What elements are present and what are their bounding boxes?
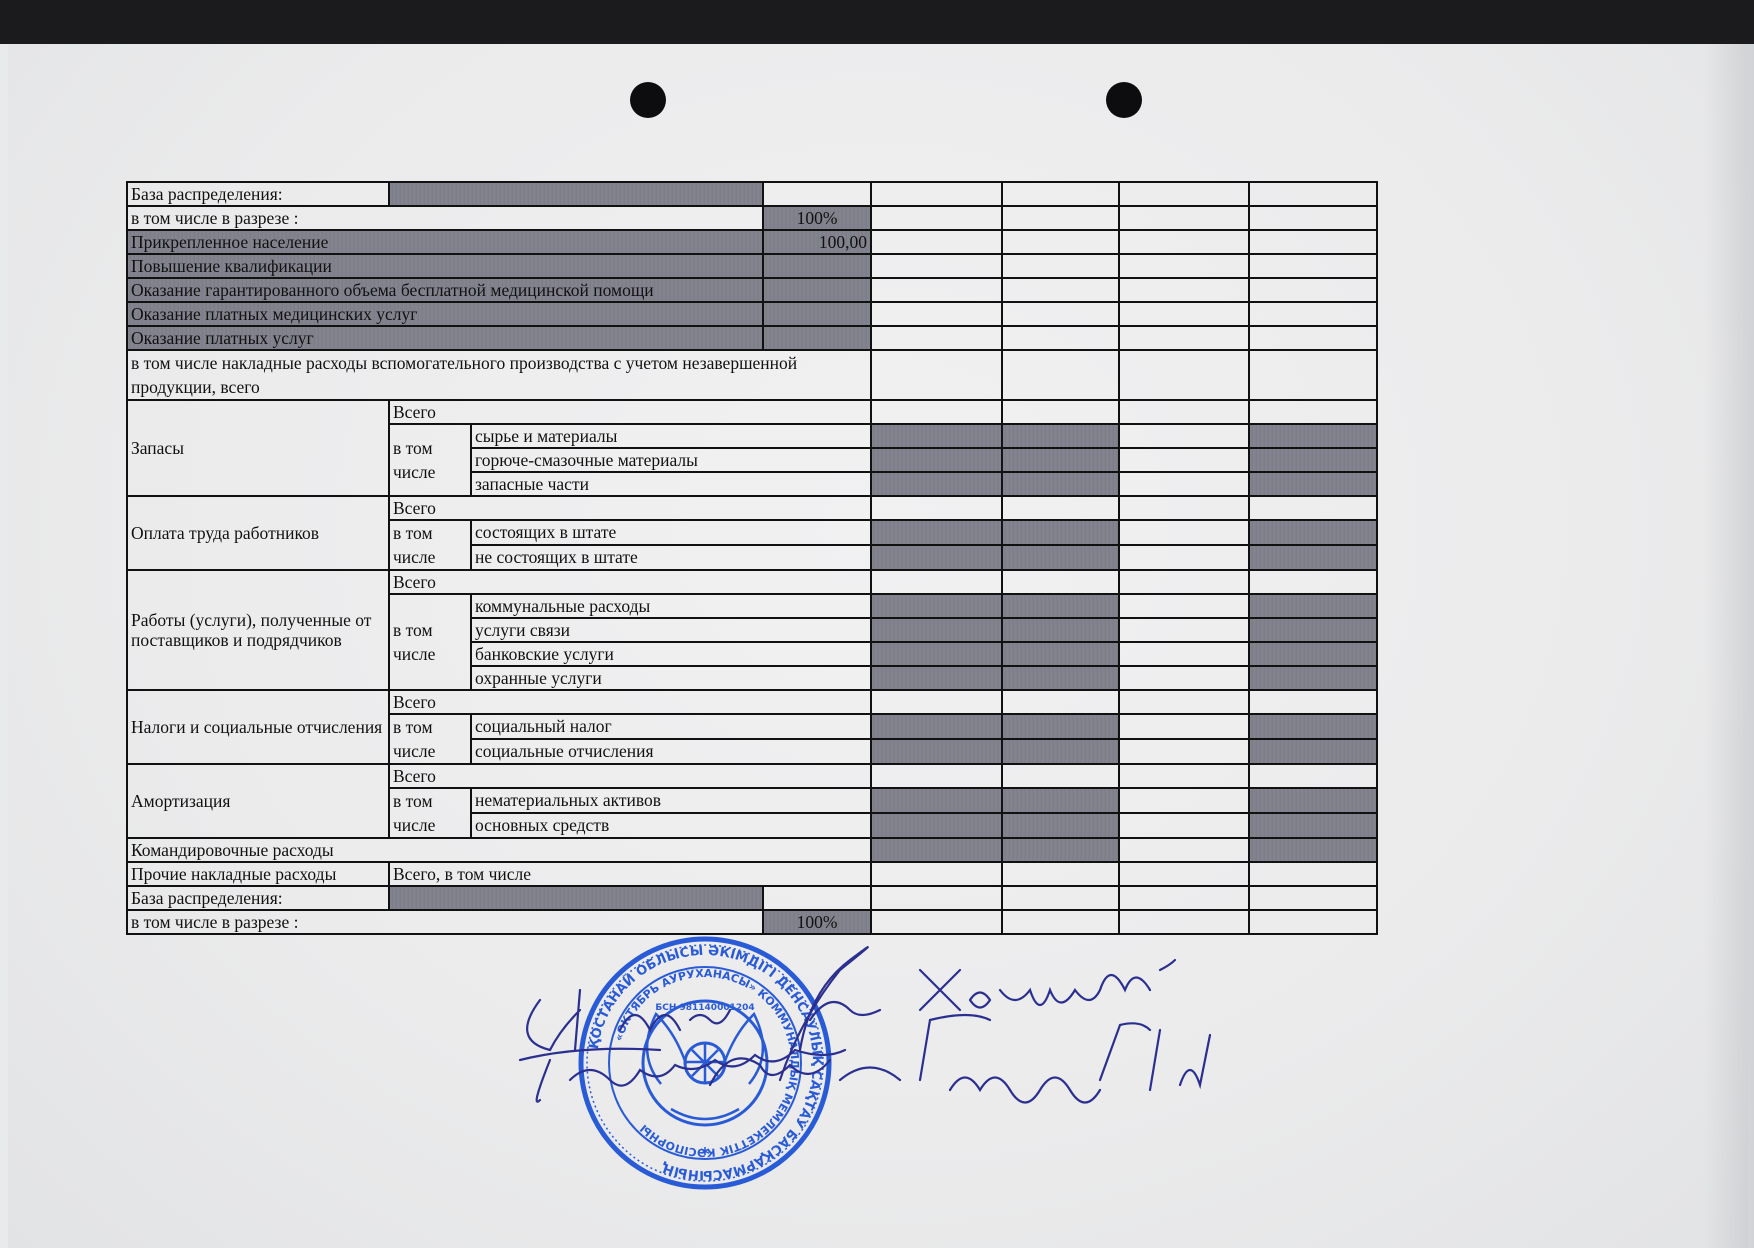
value-cell[interactable]: [1119, 594, 1249, 618]
table-row: ЗапасыВсего: [127, 400, 1377, 424]
allocation-item-label: Оказание платных медицинских услуг: [127, 302, 763, 326]
allocation-item-value[interactable]: [763, 302, 871, 326]
value-cell[interactable]: [1249, 642, 1377, 666]
value-cell[interactable]: [1002, 642, 1119, 666]
group-name: Запасы: [127, 400, 389, 496]
value-cell[interactable]: [1119, 886, 1249, 910]
allocation-item-value[interactable]: 100,00: [763, 230, 871, 254]
overhead-total-label: в том числе накладные расходы вспомогате…: [127, 350, 871, 400]
group-total-label: Всего: [389, 570, 871, 594]
breakdown-value: 100%: [763, 206, 871, 230]
value-cell[interactable]: [1119, 862, 1249, 886]
breakdown-label: в том числе в разрезе :: [127, 206, 763, 230]
base-shaded-cell-bottom: [389, 886, 763, 910]
value-cell[interactable]: [1249, 182, 1377, 206]
group-total-label: Всего: [389, 496, 871, 520]
table-row: Оказание платных услуг: [127, 326, 1377, 350]
other-overhead-label: Прочие накладные расходы: [127, 862, 389, 886]
allocation-item-label: Повышение квалификации: [127, 254, 763, 278]
subitem-label: социальный налог: [471, 714, 871, 739]
page-edge-shadow: [1704, 44, 1754, 1248]
value-cell[interactable]: [1249, 862, 1377, 886]
value-cell[interactable]: [1119, 182, 1249, 206]
group-total-label: Всего: [389, 400, 871, 424]
overhead-allocation-table: База распределения:в том числе в разрезе…: [126, 181, 1378, 935]
value-cell[interactable]: [1249, 350, 1377, 400]
value-cell[interactable]: [871, 764, 1002, 788]
value-cell[interactable]: [1119, 813, 1249, 838]
svg-text:*: *: [700, 1144, 710, 1165]
value-cell[interactable]: [1002, 838, 1119, 862]
base-label: База распределения:: [127, 182, 389, 206]
value-cell[interactable]: [1119, 400, 1249, 424]
value-cell[interactable]: [871, 206, 1002, 230]
travel-expenses-label: Командировочные расходы: [127, 838, 871, 862]
value-cell[interactable]: [1249, 326, 1377, 350]
value-cell[interactable]: [871, 594, 1002, 618]
table-row: База распределения:: [127, 886, 1377, 910]
value-cell[interactable]: [1249, 206, 1377, 230]
base-label-bottom: База распределения:: [127, 886, 389, 910]
value-cell[interactable]: [1119, 206, 1249, 230]
value-cell[interactable]: [871, 739, 1002, 764]
table-row: АмортизацияВсего: [127, 764, 1377, 788]
value-cell[interactable]: [1119, 230, 1249, 254]
value-cell[interactable]: [1119, 520, 1249, 545]
value-cell[interactable]: [1002, 230, 1119, 254]
value-cell[interactable]: [1002, 350, 1119, 400]
value-cell[interactable]: [1002, 594, 1119, 618]
group-name: Оплата труда работников: [127, 496, 389, 570]
value-cell[interactable]: [871, 520, 1002, 545]
value-cell[interactable]: [871, 326, 1002, 350]
subitem-label: банковские услуги: [471, 642, 871, 666]
value-cell[interactable]: [1249, 472, 1377, 496]
punch-hole-left: [630, 82, 666, 118]
value-cell[interactable]: [871, 496, 1002, 520]
value-cell[interactable]: [1119, 350, 1249, 400]
table-row: Оказание платных медицинских услуг: [127, 302, 1377, 326]
value-cell[interactable]: [1119, 496, 1249, 520]
value-cell[interactable]: [871, 862, 1002, 886]
value-cell[interactable]: [1249, 788, 1377, 813]
subitem-label: социальные отчисления: [471, 739, 871, 764]
value-cell[interactable]: [871, 278, 1002, 302]
value-cell[interactable]: [1249, 278, 1377, 302]
table-row: Налоги и социальные отчисленияВсего: [127, 690, 1377, 714]
value-cell[interactable]: [871, 350, 1002, 400]
value-cell[interactable]: [1249, 545, 1377, 570]
value-cell[interactable]: [1002, 472, 1119, 496]
value-cell[interactable]: [871, 690, 1002, 714]
value-cell[interactable]: [1002, 714, 1119, 739]
value-cell[interactable]: [1119, 424, 1249, 448]
value-cell[interactable]: [1249, 302, 1377, 326]
value-cell[interactable]: [871, 230, 1002, 254]
value-cell[interactable]: [1119, 618, 1249, 642]
table-row: Оказание гарантированного объема бесплат…: [127, 278, 1377, 302]
group-total-label: Всего: [389, 764, 871, 788]
table-row: Прикрепленное население100,00: [127, 230, 1377, 254]
value-cell[interactable]: [1002, 254, 1119, 278]
allocation-item-value[interactable]: [763, 326, 871, 350]
value-cell[interactable]: [1249, 496, 1377, 520]
value-cell[interactable]: [1249, 520, 1377, 545]
value-cell[interactable]: [871, 254, 1002, 278]
value-cell[interactable]: [1249, 739, 1377, 764]
value-cell[interactable]: [1119, 714, 1249, 739]
value-cell[interactable]: [871, 886, 1002, 910]
value-cell[interactable]: [1002, 570, 1119, 594]
value-cell[interactable]: [1249, 813, 1377, 838]
value-cell[interactable]: [1002, 764, 1119, 788]
value-cell[interactable]: [871, 813, 1002, 838]
allocation-item-label: Оказание гарантированного объема бесплат…: [127, 278, 763, 302]
subitem-label: горюче-смазочные материалы: [471, 448, 871, 472]
value-cell[interactable]: [1119, 254, 1249, 278]
value-cell[interactable]: [1002, 666, 1119, 690]
group-total-label: Всего: [389, 690, 871, 714]
subitem-label: охранные услуги: [471, 666, 871, 690]
value-cell[interactable]: [871, 424, 1002, 448]
value-cell[interactable]: [1002, 545, 1119, 570]
table-row: в том числе накладные расходы вспомогате…: [127, 350, 1377, 400]
value-cell[interactable]: [871, 545, 1002, 570]
value-cell[interactable]: [1249, 714, 1377, 739]
including-label: в том числе: [389, 594, 471, 690]
table-row: База распределения:: [127, 182, 1377, 206]
value-cell[interactable]: [1002, 886, 1119, 910]
value-cell[interactable]: [1249, 230, 1377, 254]
value-cell[interactable]: [1002, 862, 1119, 886]
value-cell[interactable]: [1002, 302, 1119, 326]
value-cell[interactable]: [871, 618, 1002, 642]
group-name: Работы (услуги), полученные от поставщик…: [127, 570, 389, 690]
value-cell[interactable]: [1249, 886, 1377, 910]
value-cell[interactable]: [763, 182, 871, 206]
value-cell[interactable]: [1249, 448, 1377, 472]
subitem-label: состоящих в штате: [471, 520, 871, 545]
value-cell[interactable]: [1002, 326, 1119, 350]
including-label: в том числе: [389, 714, 471, 764]
table-row: Повышение квалификации: [127, 254, 1377, 278]
value-cell[interactable]: [871, 714, 1002, 739]
value-cell[interactable]: [1119, 838, 1249, 862]
subitem-label: не состоящих в штате: [471, 545, 871, 570]
scanner-top-border: [0, 0, 1754, 44]
value-cell[interactable]: [871, 400, 1002, 424]
table-row: в том числе в разрезе :100%: [127, 206, 1377, 230]
value-cell[interactable]: [1002, 788, 1119, 813]
value-cell[interactable]: [1249, 570, 1377, 594]
other-overhead-total-label: Всего, в том числе: [389, 862, 871, 886]
subitem-label: коммунальные расходы: [471, 594, 871, 618]
value-cell[interactable]: [871, 666, 1002, 690]
including-label: в том числе: [389, 424, 471, 496]
value-cell[interactable]: [1249, 666, 1377, 690]
value-cell[interactable]: [1119, 666, 1249, 690]
allocation-item-label: Прикрепленное население: [127, 230, 763, 254]
table-row: Прочие накладные расходыВсего, в том чис…: [127, 862, 1377, 886]
value-cell[interactable]: [1119, 302, 1249, 326]
value-cell[interactable]: [1119, 642, 1249, 666]
value-cell[interactable]: [871, 570, 1002, 594]
value-cell[interactable]: [871, 182, 1002, 206]
value-cell[interactable]: [1119, 739, 1249, 764]
value-cell[interactable]: [1119, 764, 1249, 788]
value-cell[interactable]: [871, 472, 1002, 496]
value-cell[interactable]: [1249, 424, 1377, 448]
punch-hole-right: [1106, 82, 1142, 118]
value-cell[interactable]: [1249, 838, 1377, 862]
value-cell[interactable]: [1249, 254, 1377, 278]
allocation-item-value[interactable]: [763, 254, 871, 278]
handwritten-signatures: И.о. главного врача: [500, 920, 1440, 1120]
value-cell[interactable]: [871, 642, 1002, 666]
group-name: Амортизация: [127, 764, 389, 838]
allocation-item-value[interactable]: [763, 278, 871, 302]
value-cell[interactable]: [1002, 813, 1119, 838]
value-cell[interactable]: [1002, 400, 1119, 424]
value-cell[interactable]: [1002, 739, 1119, 764]
value-cell[interactable]: [1002, 618, 1119, 642]
including-label: в том числе: [389, 520, 471, 570]
value-cell[interactable]: [1249, 400, 1377, 424]
subitem-label: основных средств: [471, 813, 871, 838]
subitem-label: сырье и материалы: [471, 424, 871, 448]
allocation-item-label: Оказание платных услуг: [127, 326, 763, 350]
subitem-label: нематериальных активов: [471, 788, 871, 813]
table-row: Работы (услуги), полученные от поставщик…: [127, 570, 1377, 594]
value-cell[interactable]: [1002, 424, 1119, 448]
value-cell[interactable]: [1119, 788, 1249, 813]
subitem-label: услуги связи: [471, 618, 871, 642]
value-cell[interactable]: [1119, 472, 1249, 496]
value-cell[interactable]: [1119, 570, 1249, 594]
value-cell[interactable]: [1249, 594, 1377, 618]
value-cell[interactable]: [1249, 764, 1377, 788]
value-cell[interactable]: [1119, 690, 1249, 714]
base-shaded-cell: [389, 182, 763, 206]
value-cell[interactable]: [871, 838, 1002, 862]
value-cell[interactable]: [1249, 690, 1377, 714]
group-name: Налоги и социальные отчисления: [127, 690, 389, 764]
value-cell[interactable]: [763, 886, 871, 910]
value-cell[interactable]: [1002, 206, 1119, 230]
subitem-label: запасные части: [471, 472, 871, 496]
value-cell[interactable]: [871, 788, 1002, 813]
value-cell[interactable]: [1119, 448, 1249, 472]
value-cell[interactable]: [1002, 520, 1119, 545]
value-cell[interactable]: [1002, 278, 1119, 302]
value-cell[interactable]: [871, 448, 1002, 472]
table-row: Командировочные расходы: [127, 838, 1377, 862]
value-cell[interactable]: [1002, 182, 1119, 206]
value-cell[interactable]: [1002, 690, 1119, 714]
table-row: Оплата труда работниковВсего: [127, 496, 1377, 520]
value-cell[interactable]: [871, 302, 1002, 326]
value-cell[interactable]: [1249, 618, 1377, 642]
value-cell[interactable]: [1119, 326, 1249, 350]
value-cell[interactable]: [1119, 545, 1249, 570]
value-cell[interactable]: [1119, 278, 1249, 302]
value-cell[interactable]: [1002, 496, 1119, 520]
value-cell[interactable]: [1002, 448, 1119, 472]
including-label: в том числе: [389, 788, 471, 838]
